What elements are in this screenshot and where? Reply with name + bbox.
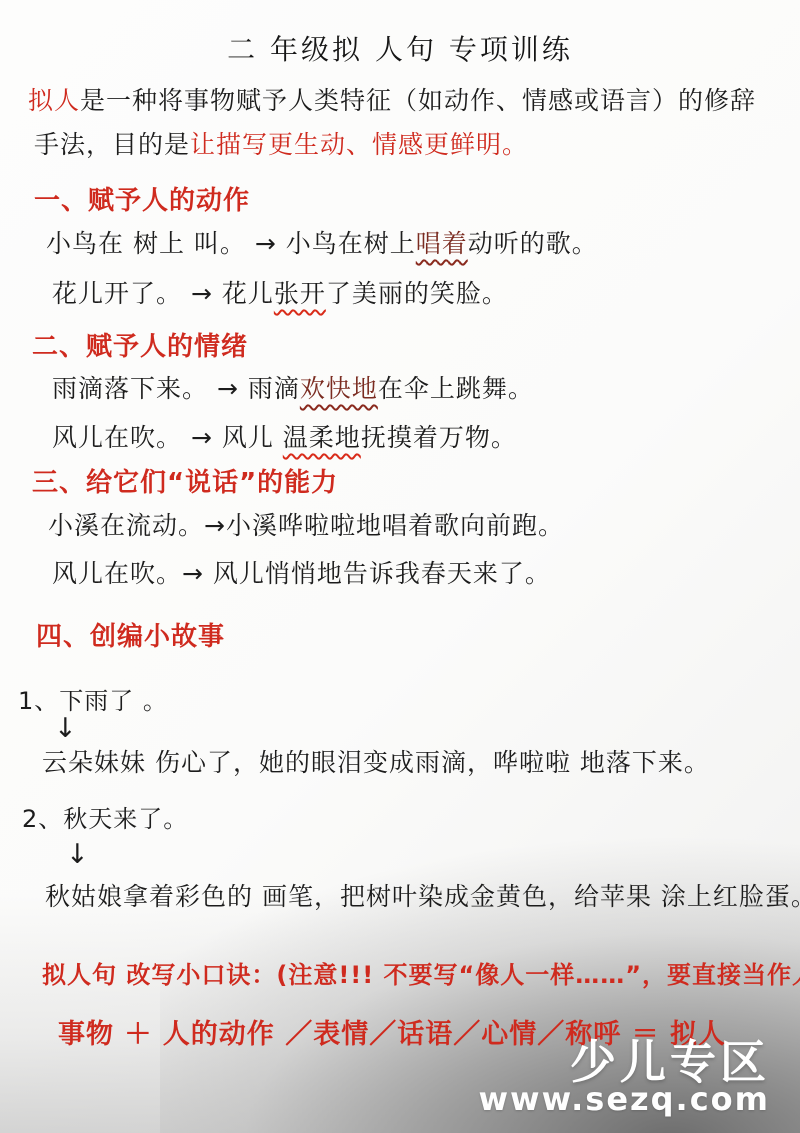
example-key-word: 温柔地 bbox=[283, 423, 361, 452]
story-1-prompt: 1、下雨了 。 bbox=[18, 684, 168, 718]
example-text-before: 花儿开了。 → 花儿 bbox=[52, 279, 274, 308]
story-1-result: 云朵妹妹 伤心了，她的眼泪变成雨滴，哗啦啦 地落下来。 bbox=[42, 746, 710, 780]
section-3-example-1: 小溪在流动。→小溪哗啦啦地唱着歌向前跑。 bbox=[48, 509, 564, 543]
intro-line-2-black: 手法，目的是 bbox=[34, 130, 190, 159]
watermark-url: www.sezq.com bbox=[478, 1080, 770, 1118]
story-2-arrow-icon: ↓ bbox=[66, 838, 90, 872]
intro-keyword: 拟人 bbox=[28, 86, 80, 115]
worksheet-page: 二 年级拟 人句 专项训练 拟人是一种将事物赋予人类特征（如动作、情感或语言）的… bbox=[0, 0, 800, 1133]
section-1-heading: 一、赋予人的动作 bbox=[34, 184, 250, 218]
section-1-example-2: 花儿开了。 → 花儿张开了美丽的笑脸。 bbox=[52, 277, 508, 311]
example-key-word: 张开 bbox=[274, 279, 326, 308]
story-2-prompt: 2、秋天来了。 bbox=[22, 802, 188, 836]
example-key-word: 欢快地 bbox=[300, 374, 378, 403]
intro-line-2-red: 让描写更生动、情感更鲜明。 bbox=[190, 130, 528, 159]
section-2-example-2: 风儿在吹。 → 风儿 温柔地抚摸着万物。 bbox=[52, 421, 517, 455]
page-title: 二 年级拟 人句 专项训练 bbox=[0, 28, 800, 68]
example-text-after: 了美丽的笑脸。 bbox=[326, 279, 508, 308]
example-text-after: 抚摸着万物。 bbox=[361, 423, 517, 452]
section-1-example-1: 小鸟在 树上 叫。 → 小鸟在树上唱着动听的歌。 bbox=[46, 227, 598, 261]
intro-line-1-rest: 是一种将事物赋予人类特征（如动作、情感或语言）的修辞 bbox=[80, 86, 756, 115]
example-text-after: 动听的歌。 bbox=[468, 229, 598, 258]
example-text-before: 小鸟在 树上 叫。 → 小鸟在树上 bbox=[46, 229, 416, 258]
example-text-after: 在伞上跳舞。 bbox=[378, 374, 534, 403]
section-2-heading: 二、赋予人的情绪 bbox=[32, 330, 248, 364]
example-text-before: 雨滴落下来。 → 雨滴 bbox=[52, 374, 300, 403]
section-3-example-2: 风儿在吹。→ 风儿悄悄地告诉我春天来了。 bbox=[52, 557, 551, 591]
mnemonic-note-line: 拟人句 改写小口诀：(注意!!! 不要写“像人一样……”，要直接当作人来写 ) bbox=[42, 958, 800, 992]
story-2-result: 秋姑娘拿着彩色的 画笔，把树叶染成金黄色，给苹果 涂上红脸蛋。 bbox=[45, 880, 800, 914]
example-text-before: 风儿在吹。 → 风儿 bbox=[52, 423, 283, 452]
story-1-arrow-icon: ↓ bbox=[54, 712, 78, 746]
intro-line-1: 拟人是一种将事物赋予人类特征（如动作、情感或语言）的修辞 bbox=[28, 84, 756, 118]
section-4-heading: 四、创编小故事 bbox=[36, 620, 225, 654]
intro-line-2: 手法，目的是让描写更生动、情感更鲜明。 bbox=[34, 128, 528, 162]
section-3-heading: 三、给它们“说话”的能力 bbox=[32, 466, 338, 500]
example-key-word: 唱着 bbox=[416, 229, 468, 258]
section-2-example-1: 雨滴落下来。 → 雨滴欢快地在伞上跳舞。 bbox=[52, 372, 534, 406]
